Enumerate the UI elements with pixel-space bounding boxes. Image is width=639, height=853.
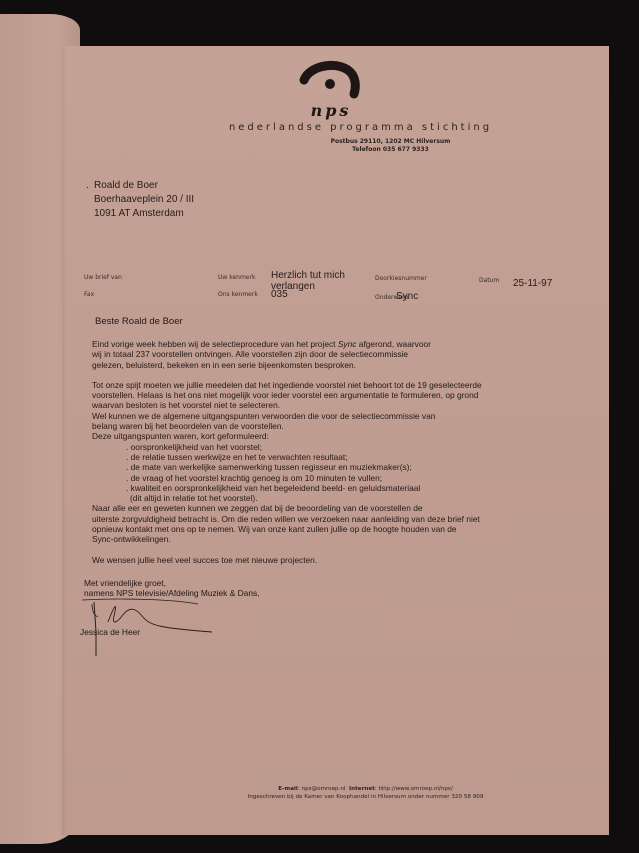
list-item: . de relatie tussen werkwijze en het te … — [92, 452, 562, 462]
organization-address: Postbus 29110, 1202 MC Hilversum Telefoo… — [62, 138, 609, 154]
doorkiesnummer-label: Doorkiesnummer — [375, 275, 427, 282]
letter-page: nps nederlandse programma stichting Post… — [62, 46, 609, 835]
website-url: http://www.omroep.nl/nps/ — [378, 786, 452, 792]
uw-kenmerk-label: Uw kenmerk — [218, 274, 255, 281]
list-item: . kwaliteit en oorspronkelijkheid van he… — [92, 483, 562, 493]
list-item: . oorspronkelijkheid van het voorstel; — [92, 442, 562, 452]
fax-label: Fax — [84, 291, 94, 298]
nps-logo-icon: nps — [296, 60, 366, 120]
internet-label: Internet — [349, 786, 375, 792]
paragraph-2: Tot onze spijt moeten we jullie meedelen… — [92, 380, 562, 442]
phone-number: Telefoon 035 677 9333 — [172, 146, 609, 154]
email-label: E-mail — [278, 786, 298, 792]
uw-brief-van-label: Uw brief van — [84, 274, 122, 281]
registration-text: Ingeschreven bij de Kamer van Koophandel… — [122, 793, 609, 801]
signer-name: Jessica de Heer — [80, 627, 140, 637]
criteria-note: (dit altijd in relatie tot het voorstel)… — [92, 493, 562, 503]
salutation: Beste Roald de Boer — [95, 316, 183, 327]
list-item: . de mate van werkelijke samenwerking tu… — [92, 462, 562, 472]
closing-greeting: Met vriendelijke groet, — [84, 578, 260, 588]
paragraph-1: Eind vorige week hebben wij de selectiep… — [92, 339, 562, 370]
list-item: . de vraag of het voorstel krachtig geno… — [92, 473, 562, 483]
criteria-list: . oorspronkelijkheid van het voorstel; .… — [92, 442, 562, 504]
paragraph-4: We wensen jullie heel veel succes toe me… — [92, 555, 562, 565]
datum-label: Datum — [479, 277, 499, 284]
ons-kenmerk-value: 035 — [271, 289, 288, 300]
recipient-address: . Roald de Boer Boerhaaveplein 20 / III … — [94, 179, 194, 221]
svg-text:nps: nps — [311, 101, 352, 120]
datum-value: 25-11-97 — [513, 278, 552, 289]
ons-kenmerk-label: Ons kenmerk — [218, 291, 258, 298]
page-fold — [62, 46, 66, 835]
letter-body: Eind vorige week hebben wij de selectiep… — [92, 339, 562, 575]
onderwerp-value: Sync — [396, 291, 418, 302]
organization-name: nederlandse programma stichting — [62, 122, 609, 133]
letter-footer: E-mail: nps@omroep.nl Internet: http://w… — [62, 785, 609, 801]
recipient-name: Roald de Boer — [94, 179, 194, 193]
email-address: nps@omroep.nl — [302, 786, 346, 792]
recipient-city: 1091 AT Amsterdam — [94, 207, 194, 221]
recipient-street: Boerhaaveplein 20 / III — [94, 193, 194, 207]
paragraph-3: Naar alle eer en geweten kunnen we zegge… — [92, 503, 562, 544]
postal-address: Postbus 29110, 1202 MC Hilversum — [172, 138, 609, 146]
